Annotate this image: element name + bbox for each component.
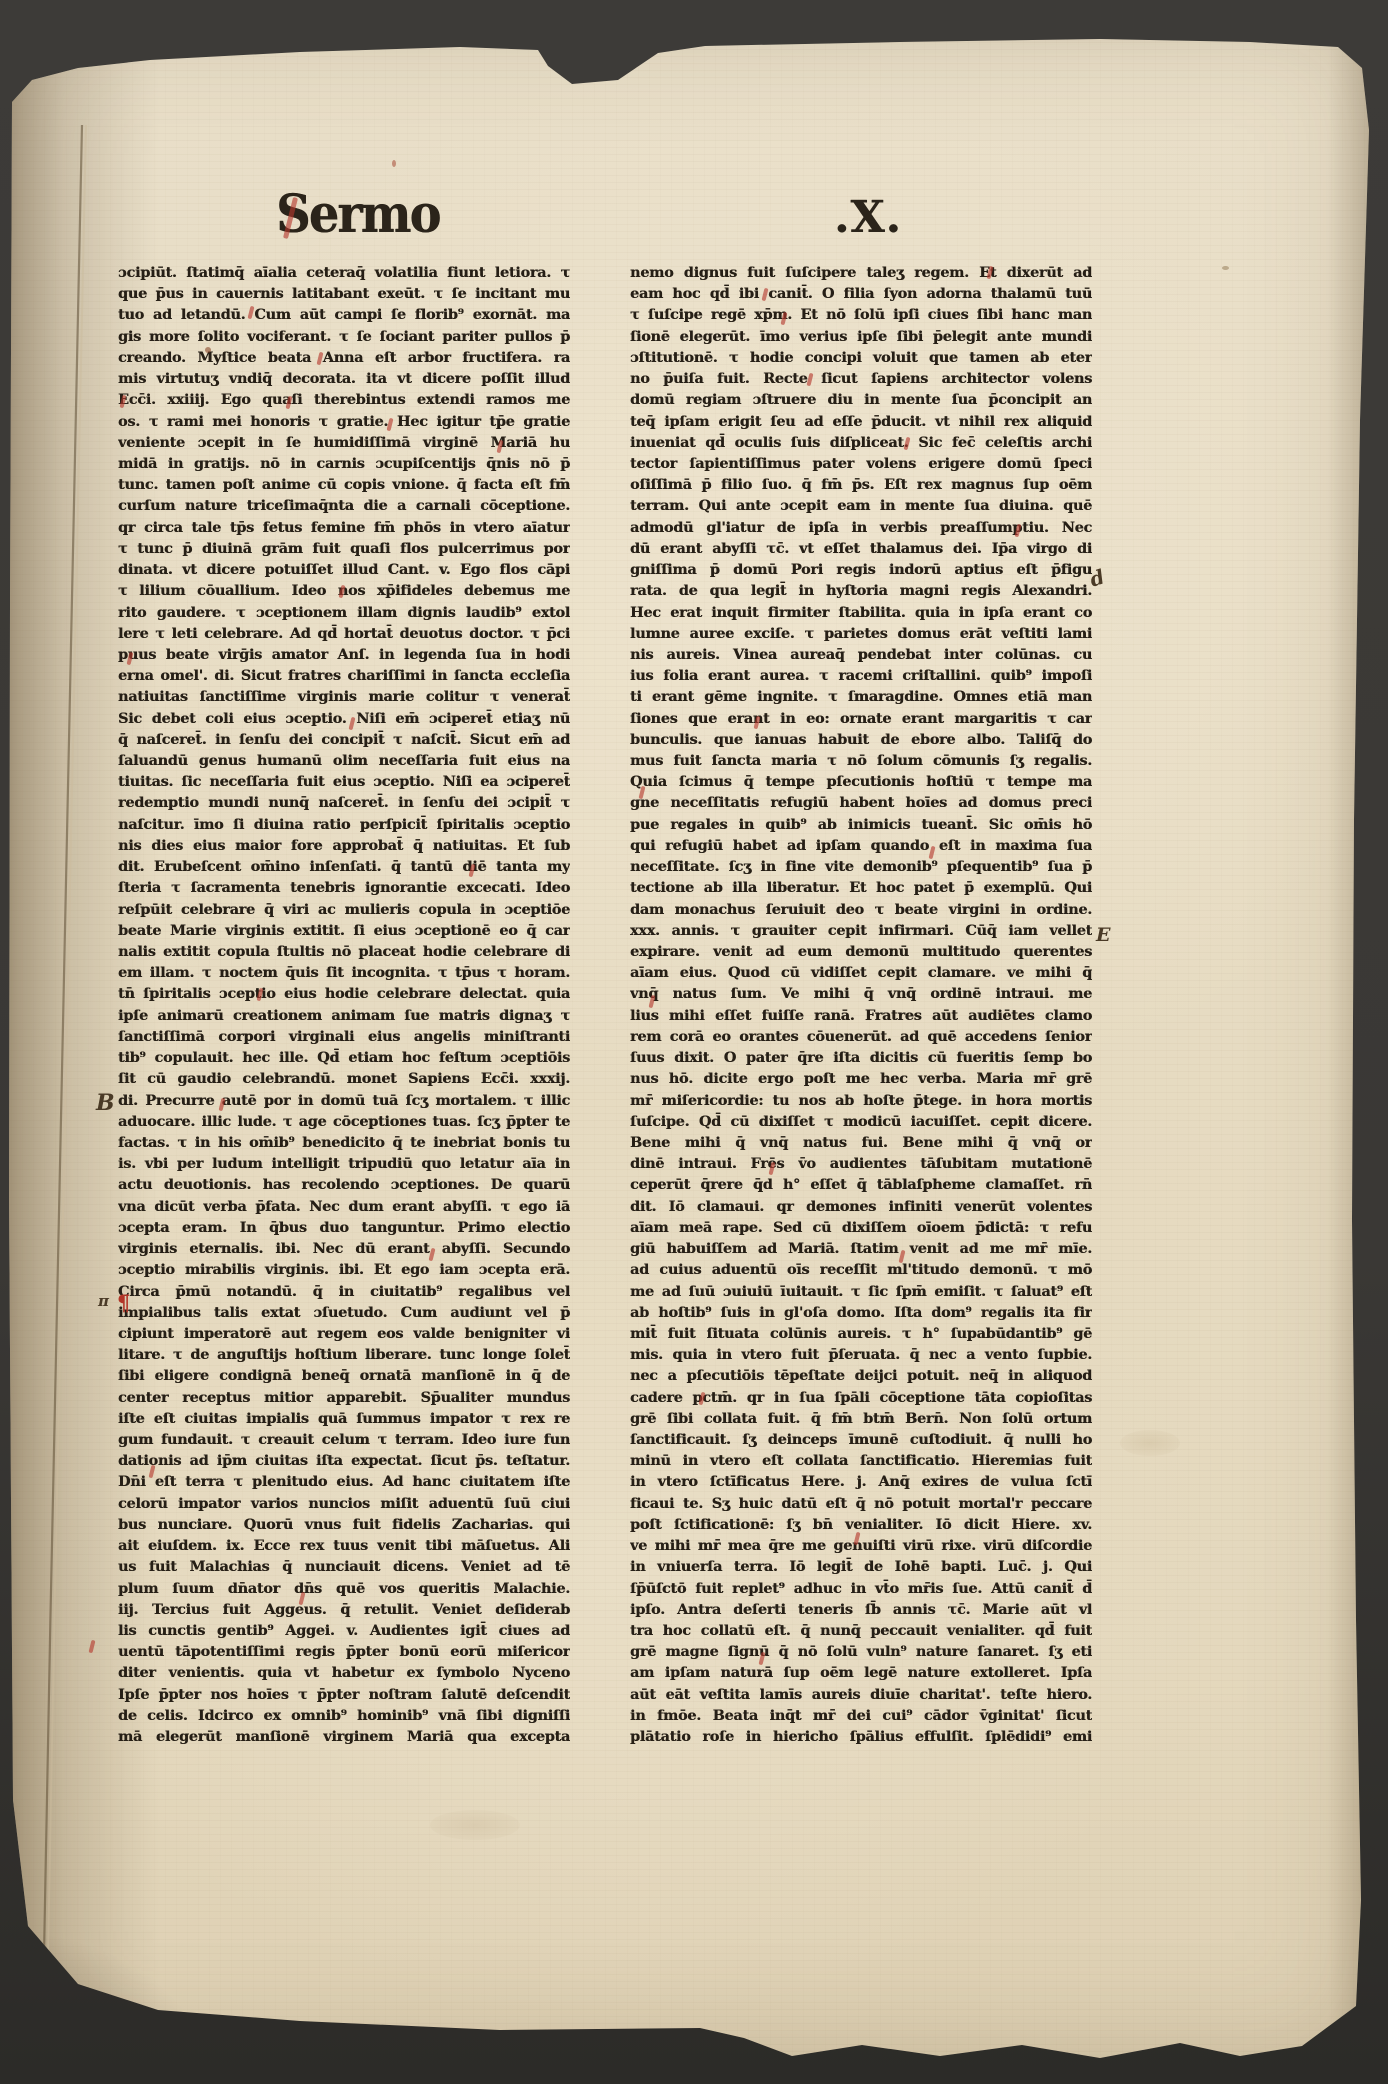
text-line: mis virtutuʒ vndiq̄ decorata. ita vt dic… bbox=[118, 368, 570, 389]
text-line: qr circa tale tp̄s fetus femine fm̄ phōs… bbox=[118, 517, 570, 538]
text-line: nemo dignus fuit ſuſcipere taleʒ regem. … bbox=[630, 262, 1092, 283]
rubrication-touch bbox=[88, 1640, 95, 1654]
text-line: curſum nature triceſimaq̄nta die a carna… bbox=[118, 495, 570, 516]
stain bbox=[430, 1810, 520, 1840]
text-line: uentū tāpotentiſſimi regis p̄pter bonū e… bbox=[118, 1641, 570, 1662]
text-line: creando. Myſtice beata Anna eſt arbor fr… bbox=[118, 347, 570, 368]
text-line: dit. Iō clamaui. qr demones infiniti ven… bbox=[630, 1196, 1092, 1217]
text-line: ɔcipiūt. ſtatimq̄ aīalia ceteraq̄ volati… bbox=[118, 262, 570, 283]
text-line: minū in vtero eſt collata ſanctificatio.… bbox=[630, 1450, 1092, 1471]
text-line: rito gaudere. τ ɔceptionem illam dignis … bbox=[118, 602, 570, 623]
text-column-left: ɔcipiūt. ſtatimq̄ aīalia ceteraq̄ volati… bbox=[118, 262, 570, 1747]
text-line: τ ſuſcipe regē xp̄m. Et nō ſolū ipſi ciu… bbox=[630, 304, 1092, 325]
text-line: erna omel'. di. Sicut fratres chariſſimi… bbox=[118, 665, 570, 686]
text-line: τ lilium cōuallium. Ideo nos xp̄ifideles… bbox=[118, 580, 570, 601]
text-line: nec a pſecutiōis tēpeſtate deijci potuit… bbox=[630, 1365, 1092, 1386]
text-line: ɔceptio mirabilis virginis. ibi. Et ego … bbox=[118, 1259, 570, 1280]
corner-curl-shadow bbox=[0, 1824, 320, 2084]
text-line: tib⁹ copulauit. hec ille. Qd̄ etiam hoc … bbox=[118, 1047, 570, 1068]
text-line: inueniat qd̄ oculis ſuis diſpliceat. Sic… bbox=[630, 432, 1092, 453]
text-line: ipſe animarū creationem animam ſue matri… bbox=[118, 1005, 570, 1026]
text-line: tector ſapientiſſimus pater volens erige… bbox=[630, 453, 1092, 474]
text-line: nis dies eius maior fore approbat̄ q̄ na… bbox=[118, 835, 570, 856]
text-line: Bene mihi q̄ vnq̄ natus fui. Bene mihi q… bbox=[630, 1132, 1092, 1153]
stain bbox=[1120, 1430, 1180, 1456]
text-line: oſiſſimā p̄ filio ſuo. q̄ fm̄ p̄s. Eſt r… bbox=[630, 474, 1092, 495]
text-line: teq̄ ipſam erigit ſeu ad eſſe p̄ducit. v… bbox=[630, 411, 1092, 432]
text-line: iij. Tercius fuit Aggeus. q̄ retulit. Ve… bbox=[118, 1599, 570, 1620]
text-line: tunc. tamen poſt anime cū copis vnione. … bbox=[118, 474, 570, 495]
text-line: natiuitas ſanctiſſime virginis marie col… bbox=[118, 686, 570, 707]
text-line: de celis. Idcirco ex omnib⁹ hominib⁹ vnā… bbox=[118, 1705, 570, 1726]
text-line: ſionē elegerūt. īmo verius ipſe ſibi p̄e… bbox=[630, 326, 1092, 347]
text-line: ſanctificauit. ſʒ deinceps īmunē cuſtodi… bbox=[630, 1429, 1092, 1450]
text-line: no p̄uiſa fuit. Recte ſicut ſapiens arch… bbox=[630, 368, 1092, 389]
rubric-paragraph-mark: ¶ bbox=[117, 1290, 130, 1315]
text-line: ipſo. Antra deſerti teneris ſb̄ annis τc… bbox=[630, 1599, 1092, 1620]
text-line: redemptio mundi nunq̄ naſceret̄. in ſenſ… bbox=[118, 792, 570, 813]
text-line: gis more ſolito vociferant. τ ſe ſociant… bbox=[118, 326, 570, 347]
text-line: gne neceſſitatis refugiū habent hoīes ad… bbox=[630, 792, 1092, 813]
text-line: ſaluandū genus humanū olim neceſſaria fu… bbox=[118, 750, 570, 771]
text-line: τ tunc p̄ diuinā grām fuit quaſi flos pu… bbox=[118, 538, 570, 559]
margin-note-mark: π bbox=[98, 1292, 109, 1310]
foxing-speck bbox=[1222, 266, 1229, 270]
text-line: Ipſe p̄pter nos hoīes τ p̄pter noſtram ſ… bbox=[118, 1684, 570, 1705]
text-line: lius mihi eſſet fuiſſe ranā. Fratres aūt… bbox=[630, 1005, 1092, 1026]
text-line: cadere pctm̄. qr in ſua ſpāli cōceptione… bbox=[630, 1387, 1092, 1408]
text-line: pue regales in quib⁹ ab inimicis tueant̄… bbox=[630, 814, 1092, 835]
text-line: tuo ad letandū. Cum aūt campi ſe florib⁹… bbox=[118, 304, 570, 325]
text-line: naſcitur. īmo ſi diuina ratio perſpicit̄… bbox=[118, 814, 570, 835]
text-column-right: nemo dignus fuit ſuſcipere taleʒ regem. … bbox=[630, 262, 1092, 1747]
text-line: tectione ab illa liberatur. Et hoc patet… bbox=[630, 877, 1092, 898]
text-line: ius folia erant aurea. τ racemi criſtall… bbox=[630, 665, 1092, 686]
text-line: mis. quia in vtero fuit p̄ſeruata. q̄ ne… bbox=[630, 1344, 1092, 1365]
text-line: am ipſam naturā ſup oēm legē nature exto… bbox=[630, 1662, 1092, 1683]
text-line: ve mihi mr̄ mea q̄re me genuiſti virū ri… bbox=[630, 1535, 1092, 1556]
text-line: ait eiuſdem. ix. Ecce rex tuus venit tib… bbox=[118, 1535, 570, 1556]
text-line: iſte eſt ciuitas impialis quā ſummus imp… bbox=[118, 1408, 570, 1429]
text-line: dinata. vt dicere potuiſſet illud Cant. … bbox=[118, 559, 570, 580]
text-line: dit. Erubeſcent om̄ino inſenſati. q̄ tan… bbox=[118, 856, 570, 877]
text-line: nus hō. dicite ergo poſt me hec verba. M… bbox=[630, 1068, 1092, 1089]
text-line: mit̄ fuit ſituata colūnis aureis. τ h° ſ… bbox=[630, 1323, 1092, 1344]
text-line: tn̄ ſpiritalis ɔceptio eius hodie celebr… bbox=[118, 983, 570, 1004]
sermon-number: .X. bbox=[834, 192, 902, 243]
fore-edge-shading bbox=[1328, 0, 1388, 2084]
text-line: veniente ɔcepit in ſe humidiſſimā virgin… bbox=[118, 432, 570, 453]
text-line: ad cuius aduentū oīs receſſit ml'titudo … bbox=[630, 1259, 1092, 1280]
margin-note-b: B bbox=[96, 1090, 115, 1116]
text-line: us fuit Malachias q̄ nunciauit dicens. V… bbox=[118, 1556, 570, 1577]
text-line: ficaui te. Sʒ huic datū eſt q̄ nō potuit… bbox=[630, 1493, 1092, 1514]
text-line: mr̄ miſericordie: tu nos ab hoſte p̄tege… bbox=[630, 1090, 1092, 1111]
text-line: tra hoc collatū eſt. q̄ nunq̄ peccauit v… bbox=[630, 1620, 1092, 1641]
text-line: ſp̄ūſctō fuit replet⁹ adhuc in vt̄o mr̄i… bbox=[630, 1578, 1092, 1599]
text-line: bus nunciare. Quorū vnus fuit fidelis Za… bbox=[118, 1514, 570, 1535]
text-line: in vniuerſa terra. Iō legit̄ de Iohē bap… bbox=[630, 1556, 1092, 1577]
text-line: xxx. annis. τ grauiter cepit infirmari. … bbox=[630, 920, 1092, 941]
text-line: me ad ſuū ɔuiuiū īuitauit. τ ſic ſpm̄ em… bbox=[630, 1281, 1092, 1302]
book-page-scan: Sermo .X. ɔcipiūt. ſtatimq̄ aīalia ceter… bbox=[0, 0, 1388, 2084]
text-line: nalis extitit copula ſtultis nō placeat … bbox=[118, 941, 570, 962]
text-line: actu deuotionis. has recolendo ɔceptione… bbox=[118, 1174, 570, 1195]
text-line: nis aureis. Vinea aureaq̄ pendebat inter… bbox=[630, 644, 1092, 665]
text-line: giū habuiſſem ad Mariā. ſtatim venit ad … bbox=[630, 1238, 1092, 1259]
text-line: ſuus dixit. O pater q̄re iſta dicitis cū… bbox=[630, 1047, 1092, 1068]
text-line: eam hoc qd̄ ibi canit̄. O filia ſyon ado… bbox=[630, 283, 1092, 304]
text-line: impialibus talis extat ɔſuetudo. Cum aud… bbox=[118, 1302, 570, 1323]
text-line: rata. de qua legit̄ in hyſtoria magni re… bbox=[630, 580, 1092, 601]
text-line: Quia ſcimus q̄ tempe pſecutionis hoſtiū … bbox=[630, 771, 1092, 792]
text-line: aīam meā rape. Sed cū dixiſſem oīoem p̄d… bbox=[630, 1217, 1092, 1238]
text-line: grē ſibi collata fuit. q̄ fm̄ btm̄ Bern̄… bbox=[630, 1408, 1092, 1429]
text-line: ſiones que erant in eo: ornate erant mar… bbox=[630, 708, 1092, 729]
text-line: ſteria τ ſacramenta tenebris ignorantie … bbox=[118, 877, 570, 898]
text-line: q̄ naſceret̄. in ſenſu dei concipit̄ τ n… bbox=[118, 729, 570, 750]
text-line: dationis ad ip̄m ciuitas iſta expectat. … bbox=[118, 1450, 570, 1471]
text-line: terram. Qui ante ɔcepit eam in mente ſua… bbox=[630, 495, 1092, 516]
text-line: os. τ rami mei honoris τ gratie. Hec igi… bbox=[118, 411, 570, 432]
text-line: ſuſcipe. Qd̄ cū dixiſſet τ modicū iacuiſ… bbox=[630, 1111, 1092, 1132]
foxing-speck bbox=[392, 160, 396, 167]
text-line: virginis eternalis. ibi. Nec dū erant ab… bbox=[118, 1238, 570, 1259]
text-line: dam monachus ſeruiuit deo τ beate virgin… bbox=[630, 899, 1092, 920]
text-line: in fmōe. Beata inq̄t mr̄ dei cui⁹ cādor … bbox=[630, 1705, 1092, 1726]
text-line: bunculis. que ianuas habuit de ebore alb… bbox=[630, 729, 1092, 750]
text-line: ɔcepta eram. In q̄bus duo tanguntur. Pri… bbox=[118, 1217, 570, 1238]
text-line: ſanctiſſimā corpori virginali eius angel… bbox=[118, 1026, 570, 1047]
text-line: midā in gratijs. nō in carnis ɔcupiſcent… bbox=[118, 453, 570, 474]
text-line: in vtero ſctīficatus Here. j. Anq̄ exire… bbox=[630, 1471, 1092, 1492]
running-title: Sermo bbox=[276, 184, 440, 245]
text-line: mā elegerūt manſionē virginem Mariā qua … bbox=[118, 1726, 570, 1747]
text-line: Ecc̄i. xxiiij. Ego quaſi therebintus ext… bbox=[118, 389, 570, 410]
text-line: ſit cū gaudio celebrandū. monet Sapiens … bbox=[118, 1068, 570, 1089]
text-line: Dn̄i eſt terra τ plenitudo eius. Ad hanc… bbox=[118, 1471, 570, 1492]
text-line: ſibi eligere condignā beneq̄ ornatā manſ… bbox=[118, 1365, 570, 1386]
text-line: plum ſuum dn̄ator dn̄s quē vos queritis … bbox=[118, 1578, 570, 1599]
text-line: ceperūt q̄rere q̄d h° eſſet q̄ tāblaſphe… bbox=[630, 1174, 1092, 1195]
margin-note-e: E bbox=[1096, 924, 1110, 946]
text-line: ab hoſtib⁹ ſuis in gl'oſa domo. Iſta dom… bbox=[630, 1302, 1092, 1323]
text-line: celorū impator varios nuncios miſit adue… bbox=[118, 1493, 570, 1514]
text-line: mus fuit ſancta maria τ nō ſolum cōmunis… bbox=[630, 750, 1092, 771]
text-line: puus beate virḡis amator Anſ. in legenda… bbox=[118, 644, 570, 665]
text-line: grē magne ſignū q̄ nō ſolū vuln⁹ nature … bbox=[630, 1641, 1092, 1662]
text-line: plātatio roſe in hiericho ſpālius effulſ… bbox=[630, 1726, 1092, 1747]
text-line: diter venientis. quia vt habetur ex ſymb… bbox=[118, 1662, 570, 1683]
text-line: dū erant abyſſi τc̄. vt eſſet thalamus d… bbox=[630, 538, 1092, 559]
text-line: lis cunctis gentib⁹ Aggei. v. Audientes … bbox=[118, 1620, 570, 1641]
text-line: ɔſtitutionē. τ hodie concipi voluit que … bbox=[630, 347, 1092, 368]
text-line: ti erant gēme ingnite. τ ſmaragdine. Omn… bbox=[630, 686, 1092, 707]
text-line: aduocare. illic lude. τ age cōceptiones … bbox=[118, 1111, 570, 1132]
text-line: gum fundauit. τ creauit celum τ terram. … bbox=[118, 1429, 570, 1450]
text-line: lere τ leti celebrare. Ad qd̄ hortat̄ de… bbox=[118, 623, 570, 644]
text-line: vnq̄ natus ſum. Ve mihi q̄ vnq̄ ordinē i… bbox=[630, 983, 1092, 1004]
text-line: rem corā eo orantes cōuenerūt. ad quē ac… bbox=[630, 1026, 1092, 1047]
text-line: tiuitas. ſic neceſſaria fuit eius ɔcepti… bbox=[118, 771, 570, 792]
text-line: qui refugiū habet ad ipſam quando eſt in… bbox=[630, 835, 1092, 856]
text-line: gniſſima p̄ domū Pori regis indorū aptiu… bbox=[630, 559, 1092, 580]
text-line: em illam. τ noctem q̄uis ſit incognita. … bbox=[118, 962, 570, 983]
text-line: neceſſitate. ſcʒ in fine vite demonib⁹ p… bbox=[630, 856, 1092, 877]
page-leaf: Sermo .X. ɔcipiūt. ſtatimq̄ aīalia ceter… bbox=[0, 0, 1388, 2084]
text-line: que p̄us in cauernis latitabant exeūt. τ… bbox=[118, 283, 570, 304]
text-line: di. Precurre autē por in domū tuā ſcʒ mo… bbox=[118, 1090, 570, 1111]
text-line: cipiunt imperatorē aut regem eos valde b… bbox=[118, 1323, 570, 1344]
text-line: admodū gl'iatur de ipſa in verbis preaſſ… bbox=[630, 517, 1092, 538]
text-line: aīam eius. Quod cū vidiſſet cepit clamar… bbox=[630, 962, 1092, 983]
text-line: Sic debet coli eius ɔceptio. Niſi em̄ ɔc… bbox=[118, 708, 570, 729]
text-line: vna dicūt verba p̄fata. Nec dum erant ab… bbox=[118, 1196, 570, 1217]
text-line: reſpūit celebrare q̄ viri ac mulieris co… bbox=[118, 899, 570, 920]
text-line: is. vbi per ludum intelligit tripudiū qu… bbox=[118, 1153, 570, 1174]
text-line: aūt eāt veſtita lamīs aureis diuīe chari… bbox=[630, 1684, 1092, 1705]
text-line: beate Marie virginis extitit. ſi eius ɔc… bbox=[118, 920, 570, 941]
text-line: poſt ſctificationē: ſʒ bn̄ venialiter. I… bbox=[630, 1514, 1092, 1535]
text-line: litare. τ de anguſtijs hoſtium liberare.… bbox=[118, 1344, 570, 1365]
text-line: domū regiam ɔſtruere diu in mente ſua p̄… bbox=[630, 389, 1092, 410]
text-line: Hec erat inquit firmiter ſtabilita. quia… bbox=[630, 602, 1092, 623]
text-line: lumne auree exciſe. τ parietes domus erā… bbox=[630, 623, 1092, 644]
text-line: factas. τ in his om̄ib⁹ benedicito q̄ te… bbox=[118, 1132, 570, 1153]
text-line: center receptus mitior apparebit. Sp̄ual… bbox=[118, 1387, 570, 1408]
text-line: dinē intraui. Frēs v̄o audientes tāſubit… bbox=[630, 1153, 1092, 1174]
text-line: Circa p̄mū notandū. q̄ in ciuitatib⁹ reg… bbox=[118, 1281, 570, 1302]
text-line: expirare. venit ad eum demonū multitudo … bbox=[630, 941, 1092, 962]
